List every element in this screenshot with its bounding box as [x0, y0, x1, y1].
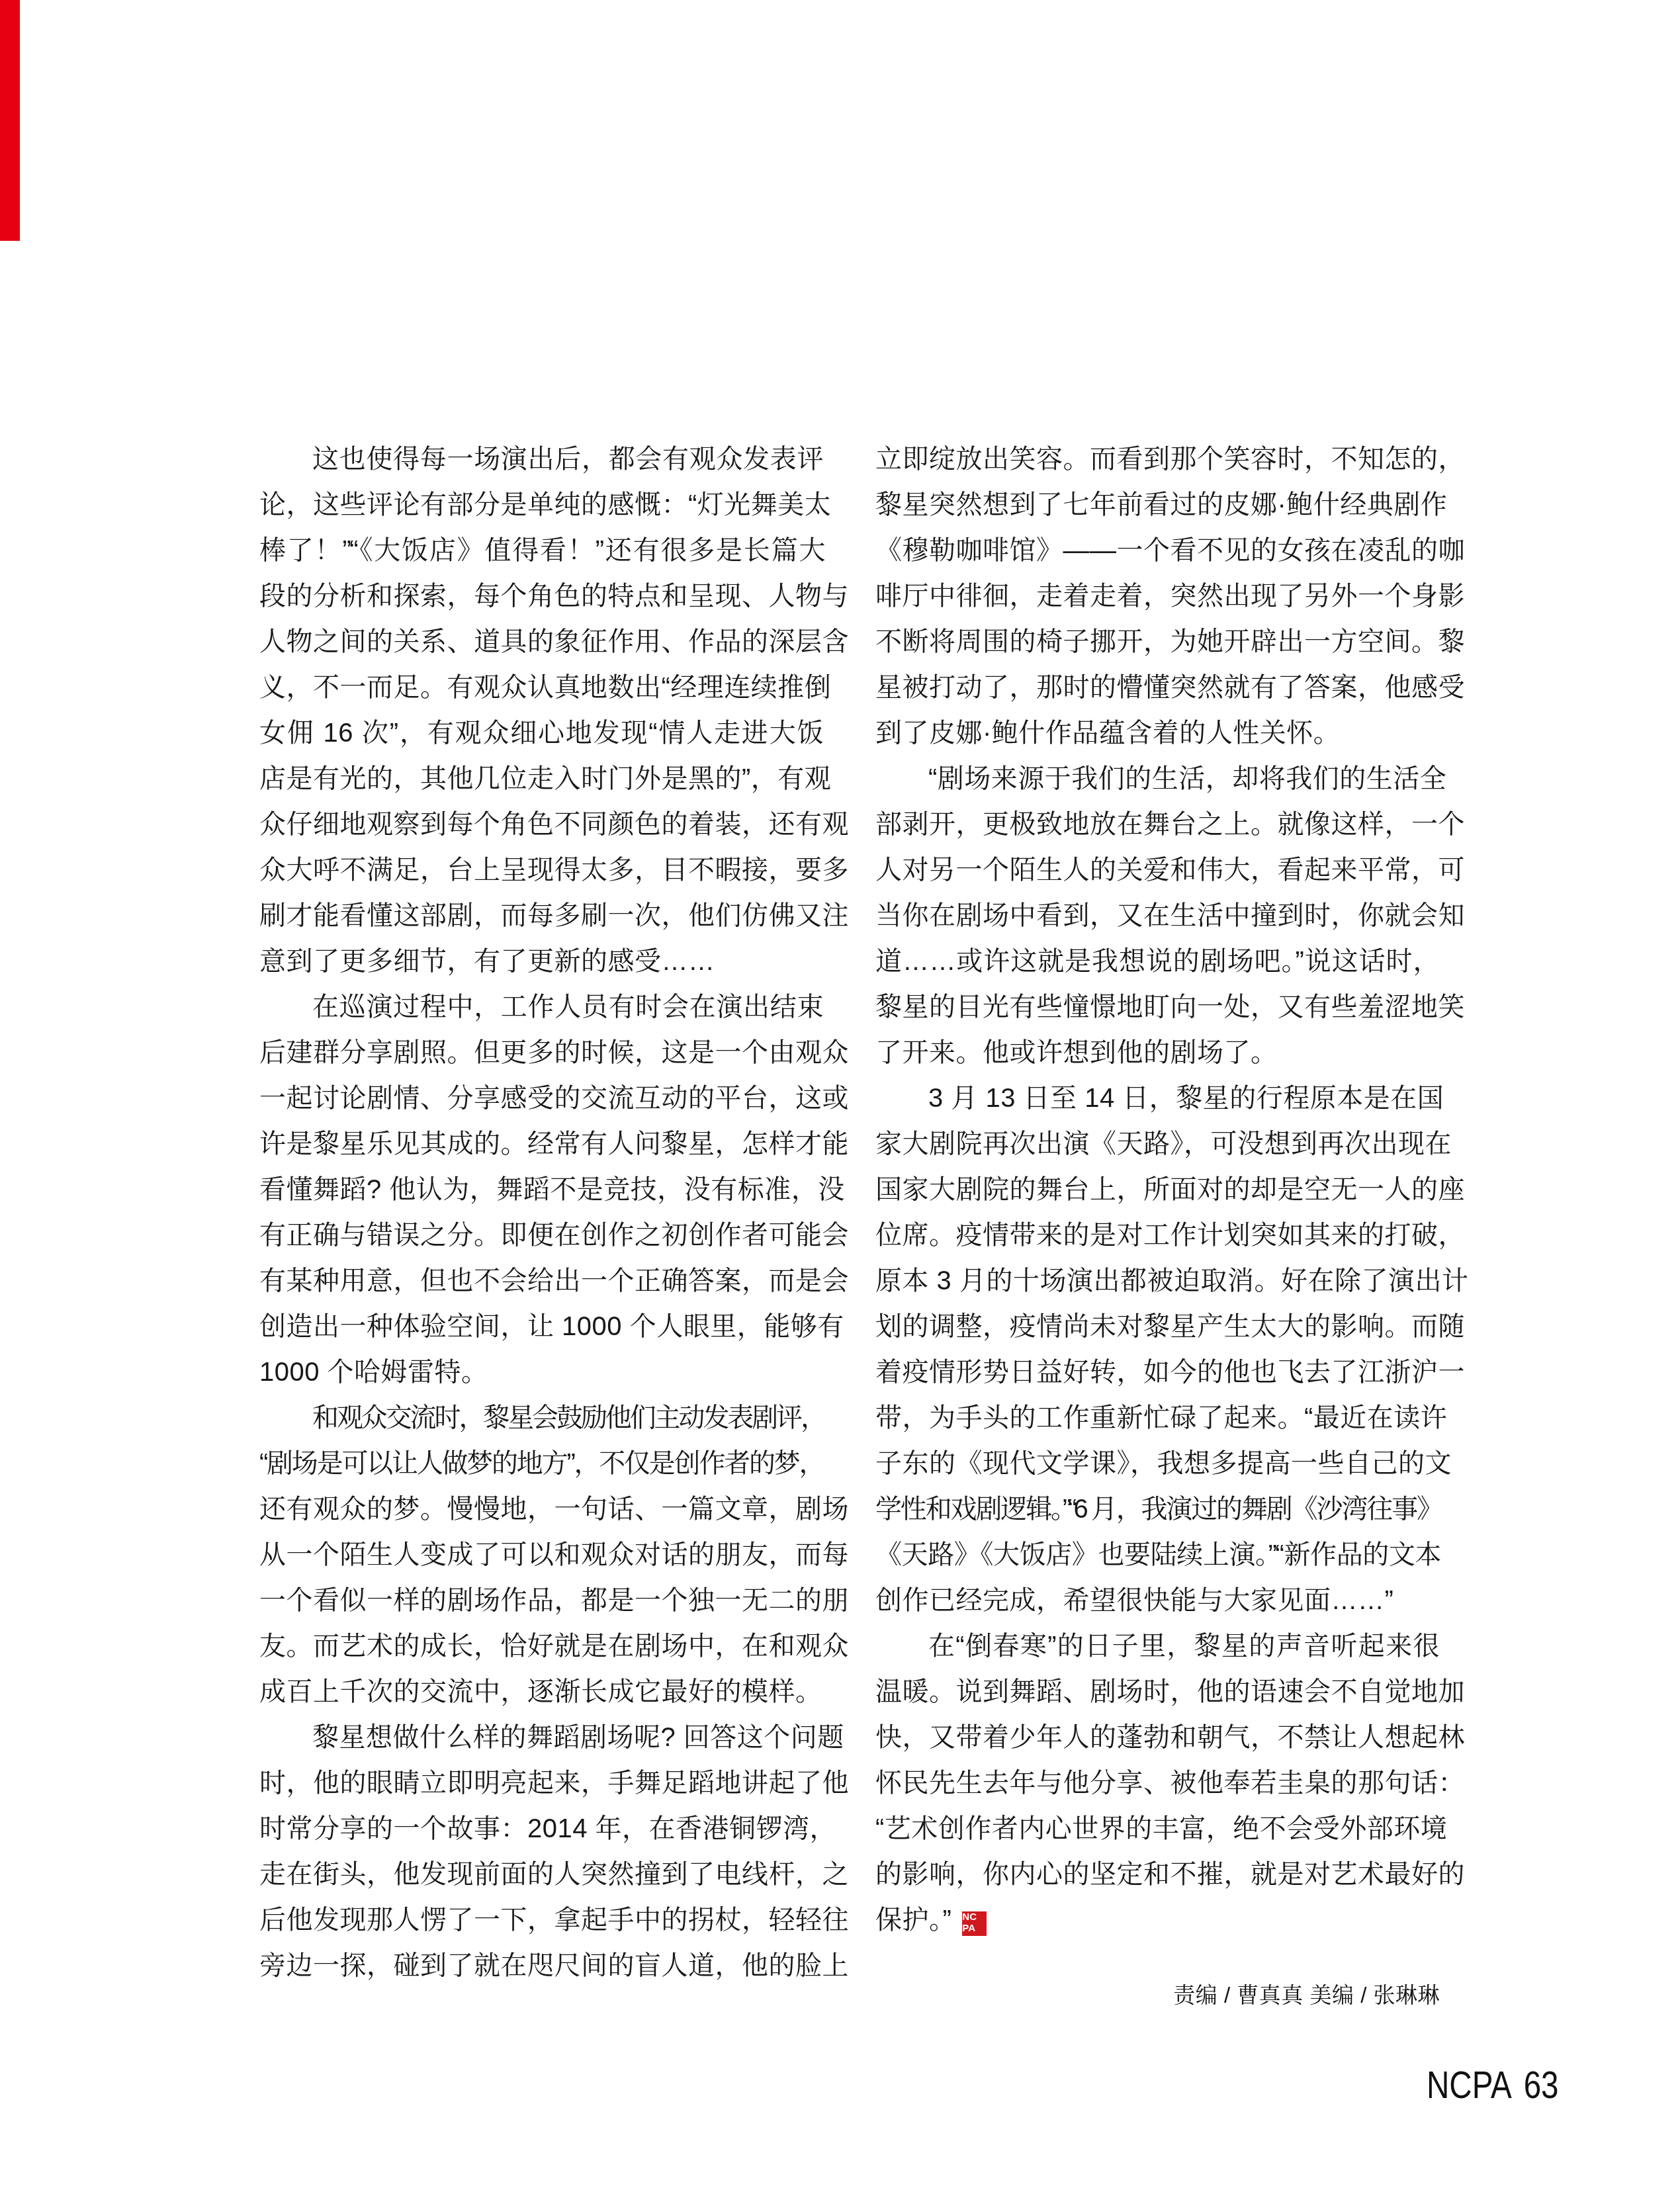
text-line: 立即绽放出笑容。而看到那个笑容时，不知怎的，: [875, 437, 1440, 482]
text-line: 在“倒春寒”的日子里，黎星的声音听起来很: [875, 1624, 1440, 1669]
text-line: 当你在剧场中看到，又在生活中撞到时，你就会知: [875, 893, 1440, 939]
text-line: 子东的《现代文学课》，我想多提高一些自己的文: [875, 1441, 1440, 1487]
text-line: 黎星想做什么样的舞蹈剧场呢? 回答这个问题: [259, 1715, 824, 1761]
text-line: 3 月 13 日至 14 日，黎星的行程原本是在国: [875, 1076, 1440, 1121]
text-line: 人对另一个陌生人的关爱和伟大，看起来平常，可: [875, 848, 1440, 893]
text-line: 位席。疫情带来的是对工作计划突如其来的打破，: [875, 1213, 1440, 1258]
text-line: 还有观众的梦。慢慢地，一句话、一篇文章，剧场: [259, 1487, 824, 1532]
text-line: 到了皮娜·鲍什作品蕴含着的人性关怀。: [875, 711, 1440, 756]
editor-credits: 责编 / 曹真真 美编 / 张琳琳: [875, 1978, 1440, 2009]
text-line: 一个看似一样的剧场作品，都是一个独一无二的朋: [259, 1578, 824, 1624]
text-line: 原本 3 月的十场演出都被迫取消。好在除了演出计: [875, 1258, 1440, 1304]
text-line: 成百上千次的交流中，逐渐长成它最好的模样。: [259, 1669, 824, 1715]
text-line: 了开来。他或许想到他的剧场了。: [875, 1030, 1440, 1076]
text-line: 时常分享的一个故事：2014 年，在香港铜锣湾，: [259, 1806, 824, 1852]
text-line: 星被打动了，那时的懵懂突然就有了答案，他感受: [875, 665, 1440, 711]
text-line: 啡厅中徘徊，走着走着，突然出现了另外一个身影: [875, 574, 1440, 619]
text-line: 保护。”NCPA: [875, 1898, 1440, 1943]
text-line: “剧场来源于我们的生活，却将我们的生活全: [875, 756, 1440, 802]
magazine-page: 这也使得每一场演出后，都会有观众发表评论，这些评论有部分是单纯的感慨：“灯光舞美…: [0, 0, 1680, 2188]
text-line: “艺术创作者内心世界的丰富，绝不会受外部环境: [875, 1806, 1440, 1852]
text-line: 在巡演过程中，工作人员有时会在演出结束: [259, 985, 824, 1030]
footer-brand: NCPA: [1427, 2064, 1512, 2107]
text-line: 学性和戏剧逻辑。”“6 月，我演过的舞剧《沙湾往事》: [875, 1487, 1440, 1532]
text-line: 《天路》《大饭店》也要陆续上演。”“新作品的文本: [875, 1532, 1440, 1578]
text-line: 女佣 16 次”，有观众细心地发现“情人走进大饭: [259, 711, 824, 756]
text-line: 店是有光的，其他几位走入时门外是黑的”，有观: [259, 756, 824, 802]
text-line: 棒了！”“《大饭店》值得看！”还有很多是长篇大: [259, 528, 824, 574]
text-line: 众仔细地观察到每个角色不同颜色的着装，还有观: [259, 802, 824, 848]
text-line: 刷才能看懂这部剧，而每多刷一次，他们仿佛又注: [259, 893, 824, 939]
text-line: 有正确与错误之分。即便在创作之初创作者可能会: [259, 1213, 824, 1258]
text-line: 论，这些评论有部分是单纯的感慨：“灯光舞美太: [259, 482, 824, 528]
text-line: 众大呼不满足，台上呈现得太多，目不暇接，要多: [259, 848, 824, 893]
text-line: 划的调整，疫情尚未对黎星产生太大的影响。而随: [875, 1304, 1440, 1350]
footer-page-number: NCPA63: [1427, 2063, 1559, 2107]
text-line: 段的分析和探索，每个角色的特点和呈现、人物与: [259, 574, 824, 619]
text-line: 快，又带着少年人的蓬勃和朝气，不禁让人想起林: [875, 1715, 1440, 1761]
text-line: “剧场是可以让人做梦的地方”，不仅是创作者的梦，: [259, 1441, 824, 1487]
text-line: 后建群分享剧照。但更多的时候，这是一个由观众: [259, 1030, 824, 1076]
text-line: 人物之间的关系、道具的象征作用、作品的深层含: [259, 619, 824, 665]
text-line: 义，不一而足。有观众认真地数出“经理连续推倒: [259, 665, 824, 711]
text-line: 《穆勒咖啡馆》——一个看不见的女孩在凌乱的咖: [875, 528, 1440, 574]
text-line: 友。而艺术的成长，恰好就是在剧场中，在和观众: [259, 1624, 824, 1669]
text-line: 家大剧院再次出演《天路》，可没想到再次出现在: [875, 1121, 1440, 1167]
text-line: 旁边一探，碰到了就在咫尺间的盲人道，他的脸上: [259, 1943, 824, 1989]
text-line: 从一个陌生人变成了可以和观众对话的朋友，而每: [259, 1532, 824, 1578]
text-line: 带，为手头的工作重新忙碌了起来。“最近在读许: [875, 1395, 1440, 1441]
text-line: 黎星的目光有些憧憬地盯向一处，又有些羞涩地笑: [875, 985, 1440, 1030]
text-line: 怀民先生去年与他分享、被他奉若圭臬的那句话：: [875, 1761, 1440, 1806]
text-line: 道……或许这就是我想说的剧场吧。”说这话时，: [875, 939, 1440, 985]
text-line: 创作已经完成，希望很快能与大家见面……”: [875, 1578, 1440, 1624]
text-line: 温暖。说到舞蹈、剧场时，他的语速会不自觉地加: [875, 1669, 1440, 1715]
text-line: 看懂舞蹈? 他认为，舞蹈不是竞技，没有标准，没: [259, 1167, 824, 1213]
text-line: 有某种用意，但也不会给出一个正确答案，而是会: [259, 1258, 824, 1304]
text-line: 创造出一种体验空间，让 1000 个人眼里，能够有: [259, 1304, 824, 1350]
ncpa-seal-icon: NCPA: [962, 1911, 987, 1936]
article-column-left: 这也使得每一场演出后，都会有观众发表评论，这些评论有部分是单纯的感慨：“灯光舞美…: [259, 437, 824, 1989]
text-line: 1000 个哈姆雷特。: [259, 1350, 824, 1395]
text-line: 着疫情形势日益好转，如今的他也飞去了江浙沪一: [875, 1350, 1440, 1395]
text-line: 的影响，你内心的坚定和不摧，就是对艺术最好的: [875, 1852, 1440, 1898]
text-line: 部剥开，更极致地放在舞台之上。就像这样，一个: [875, 802, 1440, 848]
text-line: 许是黎星乐见其成的。经常有人问黎星，怎样才能: [259, 1121, 824, 1167]
text-line: 国家大剧院的舞台上，所面对的却是空无一人的座: [875, 1167, 1440, 1213]
text-line: 意到了更多细节，有了更新的感受……: [259, 939, 824, 985]
red-corner-accent-bar: [0, 0, 20, 241]
text-line: 和观众交流时，黎星会鼓励他们主动发表剧评，: [259, 1395, 824, 1441]
text-line: 一起讨论剧情、分享感受的交流互动的平台，这或: [259, 1076, 824, 1121]
text-line: 走在街头，他发现前面的人突然撞到了电线杆，之: [259, 1852, 824, 1898]
text-line: 时，他的眼睛立即明亮起来，手舞足蹈地讲起了他: [259, 1761, 824, 1806]
text-line: 不断将周围的椅子挪开，为她开辟出一方空间。黎: [875, 619, 1440, 665]
footer-page: 63: [1524, 2064, 1559, 2107]
text-line: 这也使得每一场演出后，都会有观众发表评: [259, 437, 824, 482]
article-column-right: 立即绽放出笑容。而看到那个笑容时，不知怎的，黎星突然想到了七年前看过的皮娜·鲍什…: [875, 437, 1440, 1943]
text-line: 后他发现那人愣了一下，拿起手中的拐杖，轻轻往: [259, 1898, 824, 1943]
text-line: 黎星突然想到了七年前看过的皮娜·鲍什经典剧作: [875, 482, 1440, 528]
